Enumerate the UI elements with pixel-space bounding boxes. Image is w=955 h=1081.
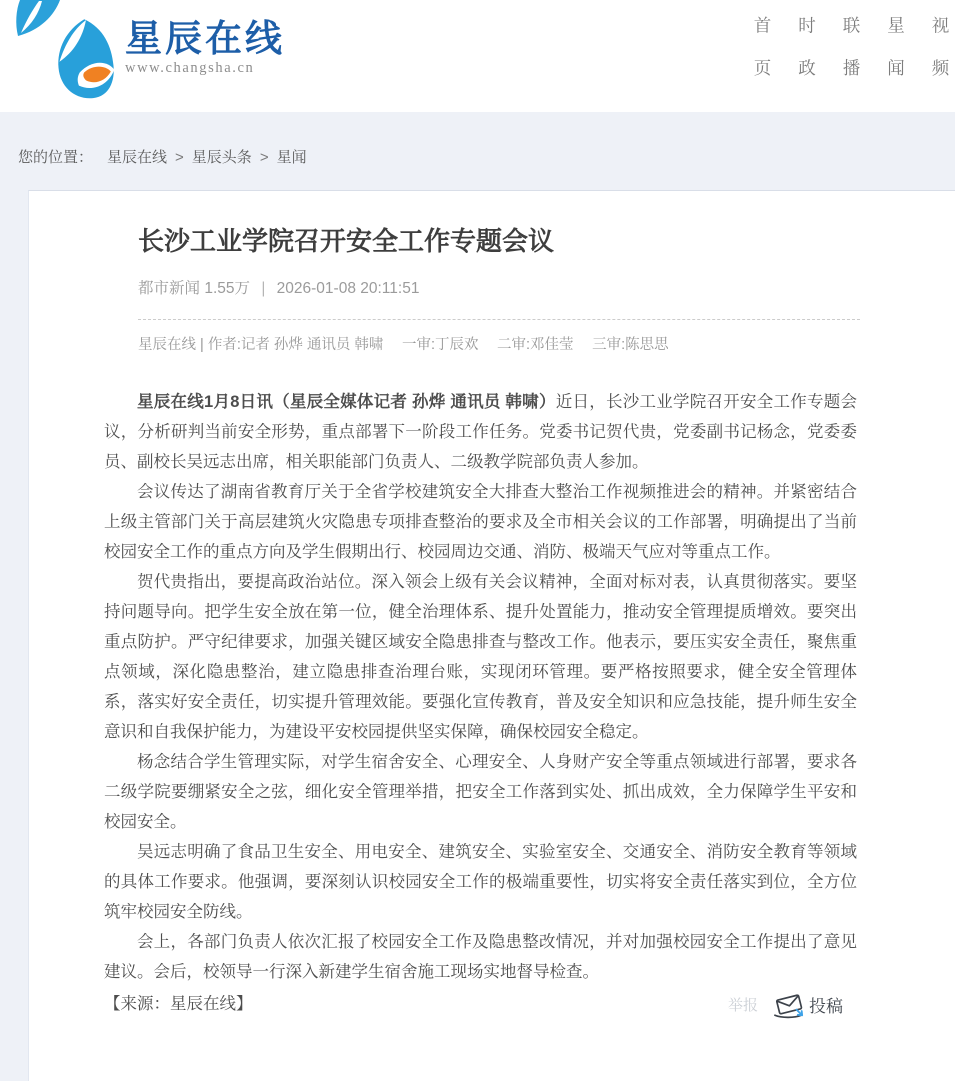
paragraph-text: 吴远志明确了食品卫生安全、用电安全、建筑安全、实验室安全、交通安全、消防安全教育… (104, 843, 857, 921)
site-title: 星辰在线 (125, 20, 285, 57)
breadcrumb-link-headlines[interactable]: 星辰头条 (192, 149, 252, 166)
site-header: 星辰在线 www.changsha.cn 首页 时政 联播 星闻 视频 (0, 0, 955, 112)
meta-views: 1.55万 (204, 280, 250, 297)
article-card: 长沙工业学院召开安全工作专题会议 都市新闻 1.55万 | 2026-01-08… (28, 190, 955, 1081)
paragraph-text: 会上，各部门负责人依次汇报了校园安全工作及隐患整改情况，并对加强校园安全工作提出… (104, 933, 857, 981)
article-body: 星辰在线1月8日讯（星辰全媒体记者 孙烨 通讯员 韩啸）近日，长沙工业学院召开安… (29, 387, 955, 987)
dashed-divider (138, 319, 860, 320)
paragraph: 星辰在线1月8日讯（星辰全媒体记者 孙烨 通讯员 韩啸）近日，长沙工业学院召开安… (104, 387, 857, 477)
report-button[interactable]: 举报 (728, 994, 758, 1015)
nav-item-home[interactable]: 首页 (753, 16, 771, 106)
paragraph-lead: 星辰在线1月8日讯（星辰全媒体记者 孙烨 通讯员 韩啸） (137, 393, 556, 411)
breadcrumb-separator: > (260, 149, 269, 166)
breadcrumb-separator: > (175, 149, 184, 166)
nav-item-starnews[interactable]: 星闻 (886, 16, 904, 106)
breadcrumb: 您的位置：星辰在线>星辰头条>星闻 (18, 146, 307, 167)
nav-item-video[interactable]: 视频 (931, 16, 949, 106)
paragraph-text: 贺代贵指出，要提高政治站位。深入领会上级有关会议精神，全面对标对表，认真贯彻落实… (104, 573, 857, 741)
paragraph: 吴远志明确了食品卫生安全、用电安全、建筑安全、实验室安全、交通安全、消防安全教育… (104, 837, 857, 927)
meta-datetime: 2026-01-08 20:11:51 (277, 280, 420, 297)
breadcrumb-link-starnews[interactable]: 星闻 (277, 149, 307, 166)
submit-button[interactable]: 投稿 (772, 989, 843, 1019)
paragraph-text: 杨念结合学生管理实际，对学生宿舍安全、心理安全、人身财产安全等重点领域进行部署，… (104, 753, 857, 831)
article-meta: 都市新闻 1.55万 | 2026-01-08 20:11:51 (138, 276, 860, 298)
content-area: 您的位置：星辰在线>星辰头条>星闻 长沙工业学院召开安全工作专题会议 都市新闻 … (0, 112, 955, 1081)
breadcrumb-link-home[interactable]: 星辰在线 (107, 149, 167, 166)
paragraph: 贺代贵指出，要提高政治站位。深入领会上级有关会议精神，全面对标对表，认真贯彻落实… (104, 567, 857, 747)
article-title: 长沙工业学院召开安全工作专题会议 (138, 223, 860, 259)
site-logo[interactable]: 星辰在线 www.changsha.cn (55, 16, 285, 104)
article-header: 长沙工业学院召开安全工作专题会议 都市新闻 1.55万 | 2026-01-08… (29, 191, 955, 354)
nav-item-politics[interactable]: 时政 (797, 16, 815, 106)
paragraph: 会议传达了湖南省教育厅关于全省学校建筑安全大排查大整治工作视频推进会的精神。并紧… (104, 477, 857, 567)
article-source: 【来源：星辰在线】 (104, 989, 253, 1019)
paragraph: 会上，各部门负责人依次汇报了校园安全工作及隐患整改情况，并对加强校园安全工作提出… (104, 927, 857, 987)
article-byline: 星辰在线 | 作者:记者 孙烨 通讯员 韩啸 一审:丁辰欢 二审:邓佳莹 三审:… (138, 333, 860, 354)
footer-actions: 举报 投稿 (728, 989, 843, 1019)
meta-channel: 都市新闻 (138, 280, 200, 297)
meta-pipe: | (261, 280, 265, 297)
nav-item-broadcast[interactable]: 联播 (842, 16, 860, 106)
paragraph: 杨念结合学生管理实际，对学生宿舍安全、心理安全、人身财产安全等重点领域进行部署，… (104, 747, 857, 837)
breadcrumb-label: 您的位置： (18, 149, 93, 166)
logo-mark-icon (55, 16, 117, 104)
submit-label: 投稿 (809, 992, 843, 1017)
article-footer: 【来源：星辰在线】 举报 投稿 (29, 987, 955, 1019)
top-nav: 首页 时政 联播 星闻 视频 (753, 16, 949, 106)
envelope-submit-icon (772, 989, 806, 1019)
site-url: www.changsha.cn (125, 60, 285, 77)
page: 星辰在线 www.changsha.cn 首页 时政 联播 星闻 视频 您的位置… (0, 0, 955, 1081)
paragraph-text: 会议传达了湖南省教育厅关于全省学校建筑安全大排查大整治工作视频推进会的精神。并紧… (104, 483, 857, 561)
